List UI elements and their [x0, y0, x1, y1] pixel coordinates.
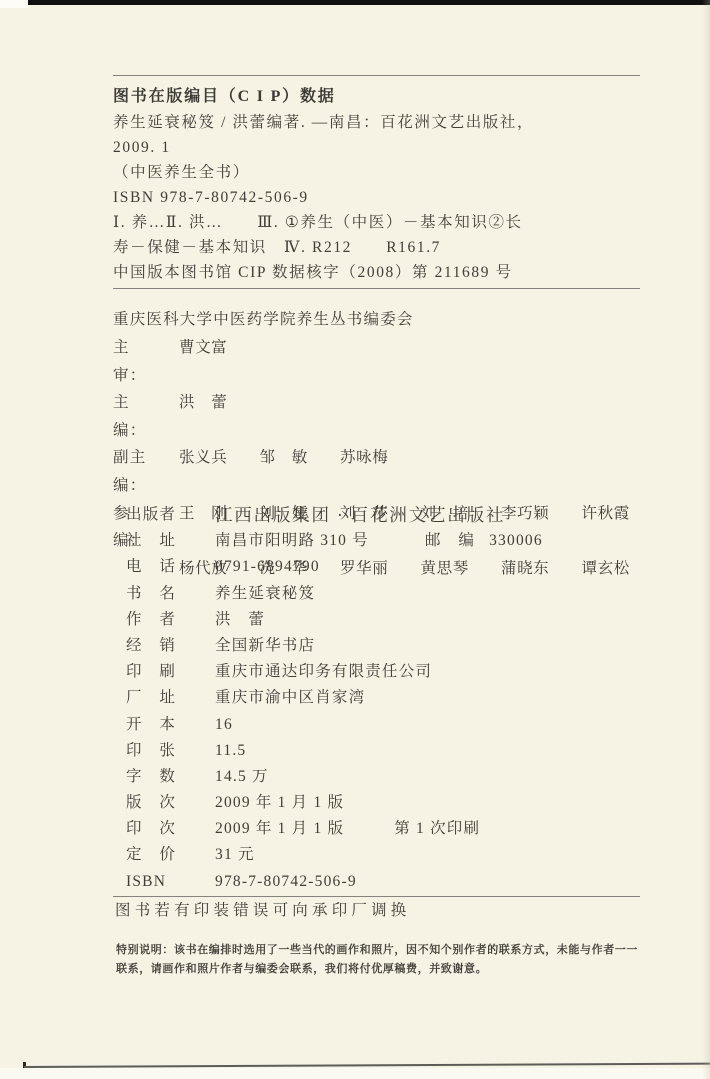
colophon-value: 重庆市通达印务有限责任公司 — [215, 659, 432, 685]
committee-row-chief-editor: 主 编： 洪 蕾 — [113, 389, 648, 444]
colophon-label: 厂 址 — [126, 685, 215, 711]
special-note: 特别说明：该书在编排时选用了一些当代的画作和照片，因不知个别作者的联系方式，未能… — [116, 941, 646, 978]
cip-heading: 图书在版编目（C I P）数据 — [113, 84, 640, 110]
colophon-row-word-count: 字 数 14.5 万 — [126, 764, 642, 790]
colophon-value: 2009 年 1 月 1 版 — [215, 790, 344, 816]
colophon-label: 印 刷 — [126, 659, 215, 685]
colophon-row-author: 作 者 洪 蕾 — [126, 607, 642, 633]
colophon-value: 31 元 — [215, 842, 255, 868]
colophon-row-phone: 电 话 0791-6894790 — [126, 554, 642, 580]
colophon-value: 养生延衰秘笈 — [215, 581, 315, 607]
colophon-row-format: 开 本 16 — [126, 712, 642, 738]
footer-rule — [113, 896, 640, 897]
scan-top-left-corner — [0, 0, 28, 8]
colophon-row-sheets: 印 张 11.5 — [126, 738, 642, 764]
cip-line: 养生延衰秘笈 / 洪蕾编著. —南昌：百花洲文艺出版社， — [113, 110, 640, 135]
colophon-value: 洪 蕾 — [215, 607, 265, 633]
colophon-value: 2009 年 1 月 1 版 第 1 次印刷 — [215, 816, 480, 842]
colophon-block: 出版者 江西出版集团 · 百花洲文艺出版社 社 址 南昌市阳明路 310 号 邮… — [126, 502, 642, 895]
scan-bottom-margin — [0, 1068, 710, 1079]
cip-isbn-line: ISBN 978-7-80742-506-9 — [113, 185, 640, 210]
colophon-label: 作 者 — [126, 607, 215, 633]
cip-registry-line: 中国版本图书馆 CIP 数据核字（2008）第 211689 号 — [113, 260, 640, 285]
colophon-row-price: 定 价 31 元 — [126, 842, 642, 868]
colophon-row-impression: 印 次 2009 年 1 月 1 版 第 1 次印刷 — [126, 816, 642, 842]
committee-role-label: 副主编： — [113, 444, 179, 499]
cip-classification-line: 寿－保健－基本知识 Ⅳ. R212 R161.7 — [113, 235, 640, 260]
colophon-label: ISBN — [126, 869, 215, 895]
colophon-value: 978-7-80742-506-9 — [215, 869, 357, 895]
colophon-label: 电 话 — [126, 554, 215, 580]
colophon-value: 14.5 万 — [215, 764, 269, 790]
colophon-label: 社 址 — [126, 528, 215, 554]
committee-title: 重庆医科大学中医药学院养生丛书编委会 — [113, 306, 648, 334]
postal-code-label: 邮 编 — [425, 532, 475, 549]
colophon-row-distributor: 经 销 全国新华书店 — [126, 633, 642, 659]
committee-role-label: 主 审： — [113, 334, 179, 389]
committee-names: 洪 蕾 — [179, 389, 648, 444]
colophon-label: 印 次 — [126, 816, 215, 842]
colophon-row-address: 社 址 南昌市阳明路 310 号 邮 编330006 — [126, 528, 642, 554]
colophon-row-edition: 版 次 2009 年 1 月 1 版 — [126, 790, 642, 816]
postal-code: 邮 编330006 — [425, 528, 543, 554]
cip-line: 2009. 1 — [113, 135, 640, 160]
committee-names: 曹文富 — [179, 334, 648, 389]
colophon-value: 16 — [215, 712, 233, 738]
colophon-label: 定 价 — [126, 842, 215, 868]
misprint-exchange-note: 图书若有印装错误可向承印厂调换 — [115, 900, 411, 922]
colophon-value: 11.5 — [215, 738, 246, 764]
cip-top-rule — [113, 75, 640, 76]
colophon-label: 开 本 — [126, 712, 215, 738]
colophon-row-publisher: 出版者 江西出版集团 · 百花洲文艺出版社 — [126, 502, 642, 528]
colophon-value: 全国新华书店 — [215, 633, 315, 659]
postal-code-value: 330006 — [489, 532, 543, 549]
colophon-label: 版 次 — [126, 790, 215, 816]
colophon-value: 重庆市渝中区肖家湾 — [215, 685, 365, 711]
cip-line: （中医养生全书） — [113, 160, 640, 185]
colophon-value: 南昌市阳明路 310 号 — [215, 528, 369, 554]
committee-role-label: 主 编： — [113, 389, 179, 444]
scan-right-shadow — [702, 0, 710, 1079]
colophon-value: 江西出版集团 · 百花洲文艺出版社 — [215, 502, 505, 528]
colophon-label: 印 张 — [126, 738, 215, 764]
colophon-label: 经 销 — [126, 633, 215, 659]
scan-top-edge — [28, 0, 710, 5]
cip-bottom-rule — [113, 288, 640, 289]
colophon-value: 0791-6894790 — [215, 554, 320, 580]
colophon-label: 出版者 — [126, 502, 215, 528]
cip-data-block: 图书在版编目（C I P）数据 养生延衰秘笈 / 洪蕾编著. —南昌：百花洲文艺… — [113, 75, 640, 289]
committee-names: 张义兵 邹 敏 苏咏梅 — [179, 444, 648, 499]
colophon-row-book-title: 书 名 养生延衰秘笈 — [126, 581, 642, 607]
committee-row-deputy-editors: 副主编： 张义兵 邹 敏 苏咏梅 — [113, 444, 648, 499]
colophon-label: 书 名 — [126, 581, 215, 607]
colophon-row-printer: 印 刷 重庆市通达印务有限责任公司 — [126, 659, 642, 685]
committee-row-chief-reviewer: 主 审： 曹文富 — [113, 334, 648, 389]
book-copyright-page: 图书在版编目（C I P）数据 养生延衰秘笈 / 洪蕾编著. —南昌：百花洲文艺… — [0, 0, 710, 1079]
colophon-row-isbn: ISBN 978-7-80742-506-9 — [126, 869, 642, 895]
colophon-label: 字 数 — [126, 764, 215, 790]
cip-classification-line: Ⅰ. 养…Ⅱ. 洪… Ⅲ. ①养生（中医）－基本知识②长 — [113, 210, 640, 235]
colophon-row-factory-address: 厂 址 重庆市渝中区肖家湾 — [126, 685, 642, 711]
